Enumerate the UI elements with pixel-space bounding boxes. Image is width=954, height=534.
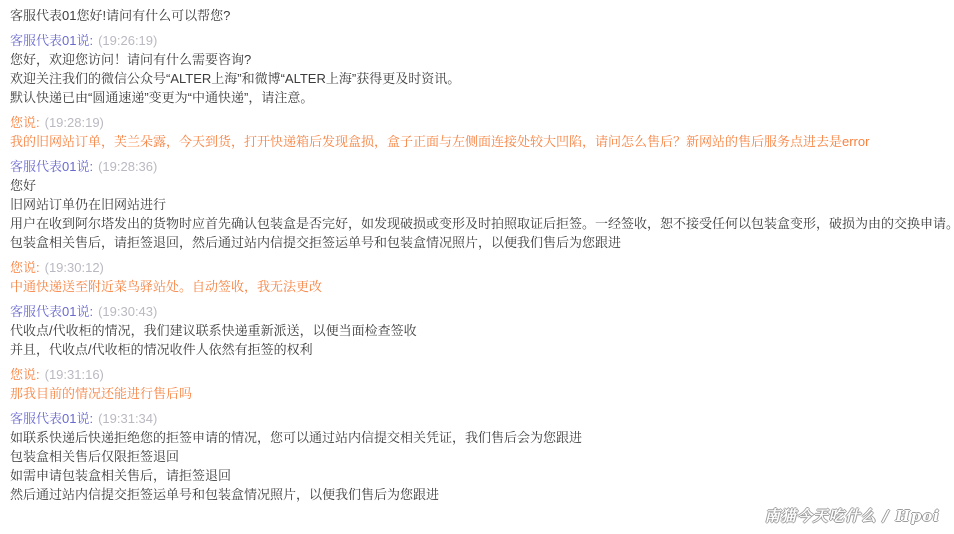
message-line: 然后通过站内信提交拒签运单号和包装盒情况照片，以便我们售后为您跟进 (10, 485, 944, 504)
chat-message: 客服代表01说:(19:28:36) 您好 旧网站订单仍在旧网站进行 用户在收到… (10, 157, 944, 252)
message-header: 客服代表01说:(19:26:19) (10, 31, 944, 50)
chat-message: 您说:(19:28:19) 我的旧网站订单，芙兰朵露，今天到货，打开快递箱后发现… (10, 113, 944, 151)
message-line: 如需申请包装盒相关售后，请拒签退回 (10, 466, 944, 485)
sender-label: 您说: (10, 115, 40, 130)
message-line: 包装盒相关售后，请拒签退回，然后通过站内信提交拒签运单号和包装盒情况照片，以便我… (10, 233, 944, 252)
chat-message: 客服代表01说:(19:26:19) 您好，欢迎您访问！请问有什么需要咨询? 欢… (10, 31, 944, 107)
message-header: 您说:(19:30:12) (10, 258, 944, 277)
message-line: 默认快递已由“圆通速递”变更为“中通快递”，请注意。 (10, 88, 944, 107)
timestamp: (19:30:43) (98, 304, 157, 319)
message-line: 那我目前的情况还能进行售后吗 (10, 384, 944, 403)
message-header: 客服代表01说:(19:31:34) (10, 409, 944, 428)
sender-label: 您说: (10, 260, 40, 275)
greeting-line: 客服代表01您好!请问有什么可以帮您? (10, 6, 944, 25)
timestamp: (19:28:19) (45, 115, 104, 130)
message-line: 欢迎关注我们的微信公众号“ALTER上海”和微博“ALTER上海”获得更及时资讯… (10, 69, 944, 88)
timestamp: (19:31:34) (98, 411, 157, 426)
message-line: 您好 (10, 176, 944, 195)
message-line: 您好，欢迎您访问！请问有什么需要咨询? (10, 50, 944, 69)
sender-label: 客服代表01说: (10, 33, 93, 48)
sender-label: 您说: (10, 367, 40, 382)
timestamp: (19:30:12) (45, 260, 104, 275)
message-header: 客服代表01说:(19:30:43) (10, 302, 944, 321)
message-header: 您说:(19:28:19) (10, 113, 944, 132)
chat-message: 您说:(19:30:12) 中通快递送至附近菜鸟驿站处。自动签收，我无法更改 (10, 258, 944, 296)
message-header: 客服代表01说:(19:28:36) (10, 157, 944, 176)
message-line: 旧网站订单仍在旧网站进行 (10, 195, 944, 214)
chat-message: 客服代表01说:(19:31:34) 如联系快递后快递拒绝您的拒签申请的情况，您… (10, 409, 944, 504)
message-line: 如联系快递后快递拒绝您的拒签申请的情况，您可以通过站内信提交相关凭证，我们售后会… (10, 428, 944, 447)
message-line: 代收点/代收柜的情况，我们建议联系快递重新派送，以便当面检查签收 (10, 321, 944, 340)
watermark: 南猫今天吃什么 / Hpoi (765, 505, 940, 526)
chat-log: 客服代表01您好!请问有什么可以帮您? 客服代表01说:(19:26:19) 您… (0, 0, 954, 504)
message-header: 您说:(19:31:16) (10, 365, 944, 384)
message-line: 并且，代收点/代收柜的情况收件人依然有拒签的权利 (10, 340, 944, 359)
message-line: 用户在收到阿尔塔发出的货物时应首先确认包装盒是否完好，如发现破损或变形及时拍照取… (10, 214, 944, 233)
message-line: 中通快递送至附近菜鸟驿站处。自动签收，我无法更改 (10, 277, 944, 296)
message-line: 我的旧网站订单，芙兰朵露，今天到货，打开快递箱后发现盒损，盒子正面与左侧面连接处… (10, 132, 944, 151)
chat-message: 客服代表01说:(19:30:43) 代收点/代收柜的情况，我们建议联系快递重新… (10, 302, 944, 359)
sender-label: 客服代表01说: (10, 411, 93, 426)
timestamp: (19:31:16) (45, 367, 104, 382)
sender-label: 客服代表01说: (10, 159, 93, 174)
message-line: 包装盒相关售后仅限拒签退回 (10, 447, 944, 466)
timestamp: (19:28:36) (98, 159, 157, 174)
chat-message: 您说:(19:31:16) 那我目前的情况还能进行售后吗 (10, 365, 944, 403)
sender-label: 客服代表01说: (10, 304, 93, 319)
timestamp: (19:26:19) (98, 33, 157, 48)
